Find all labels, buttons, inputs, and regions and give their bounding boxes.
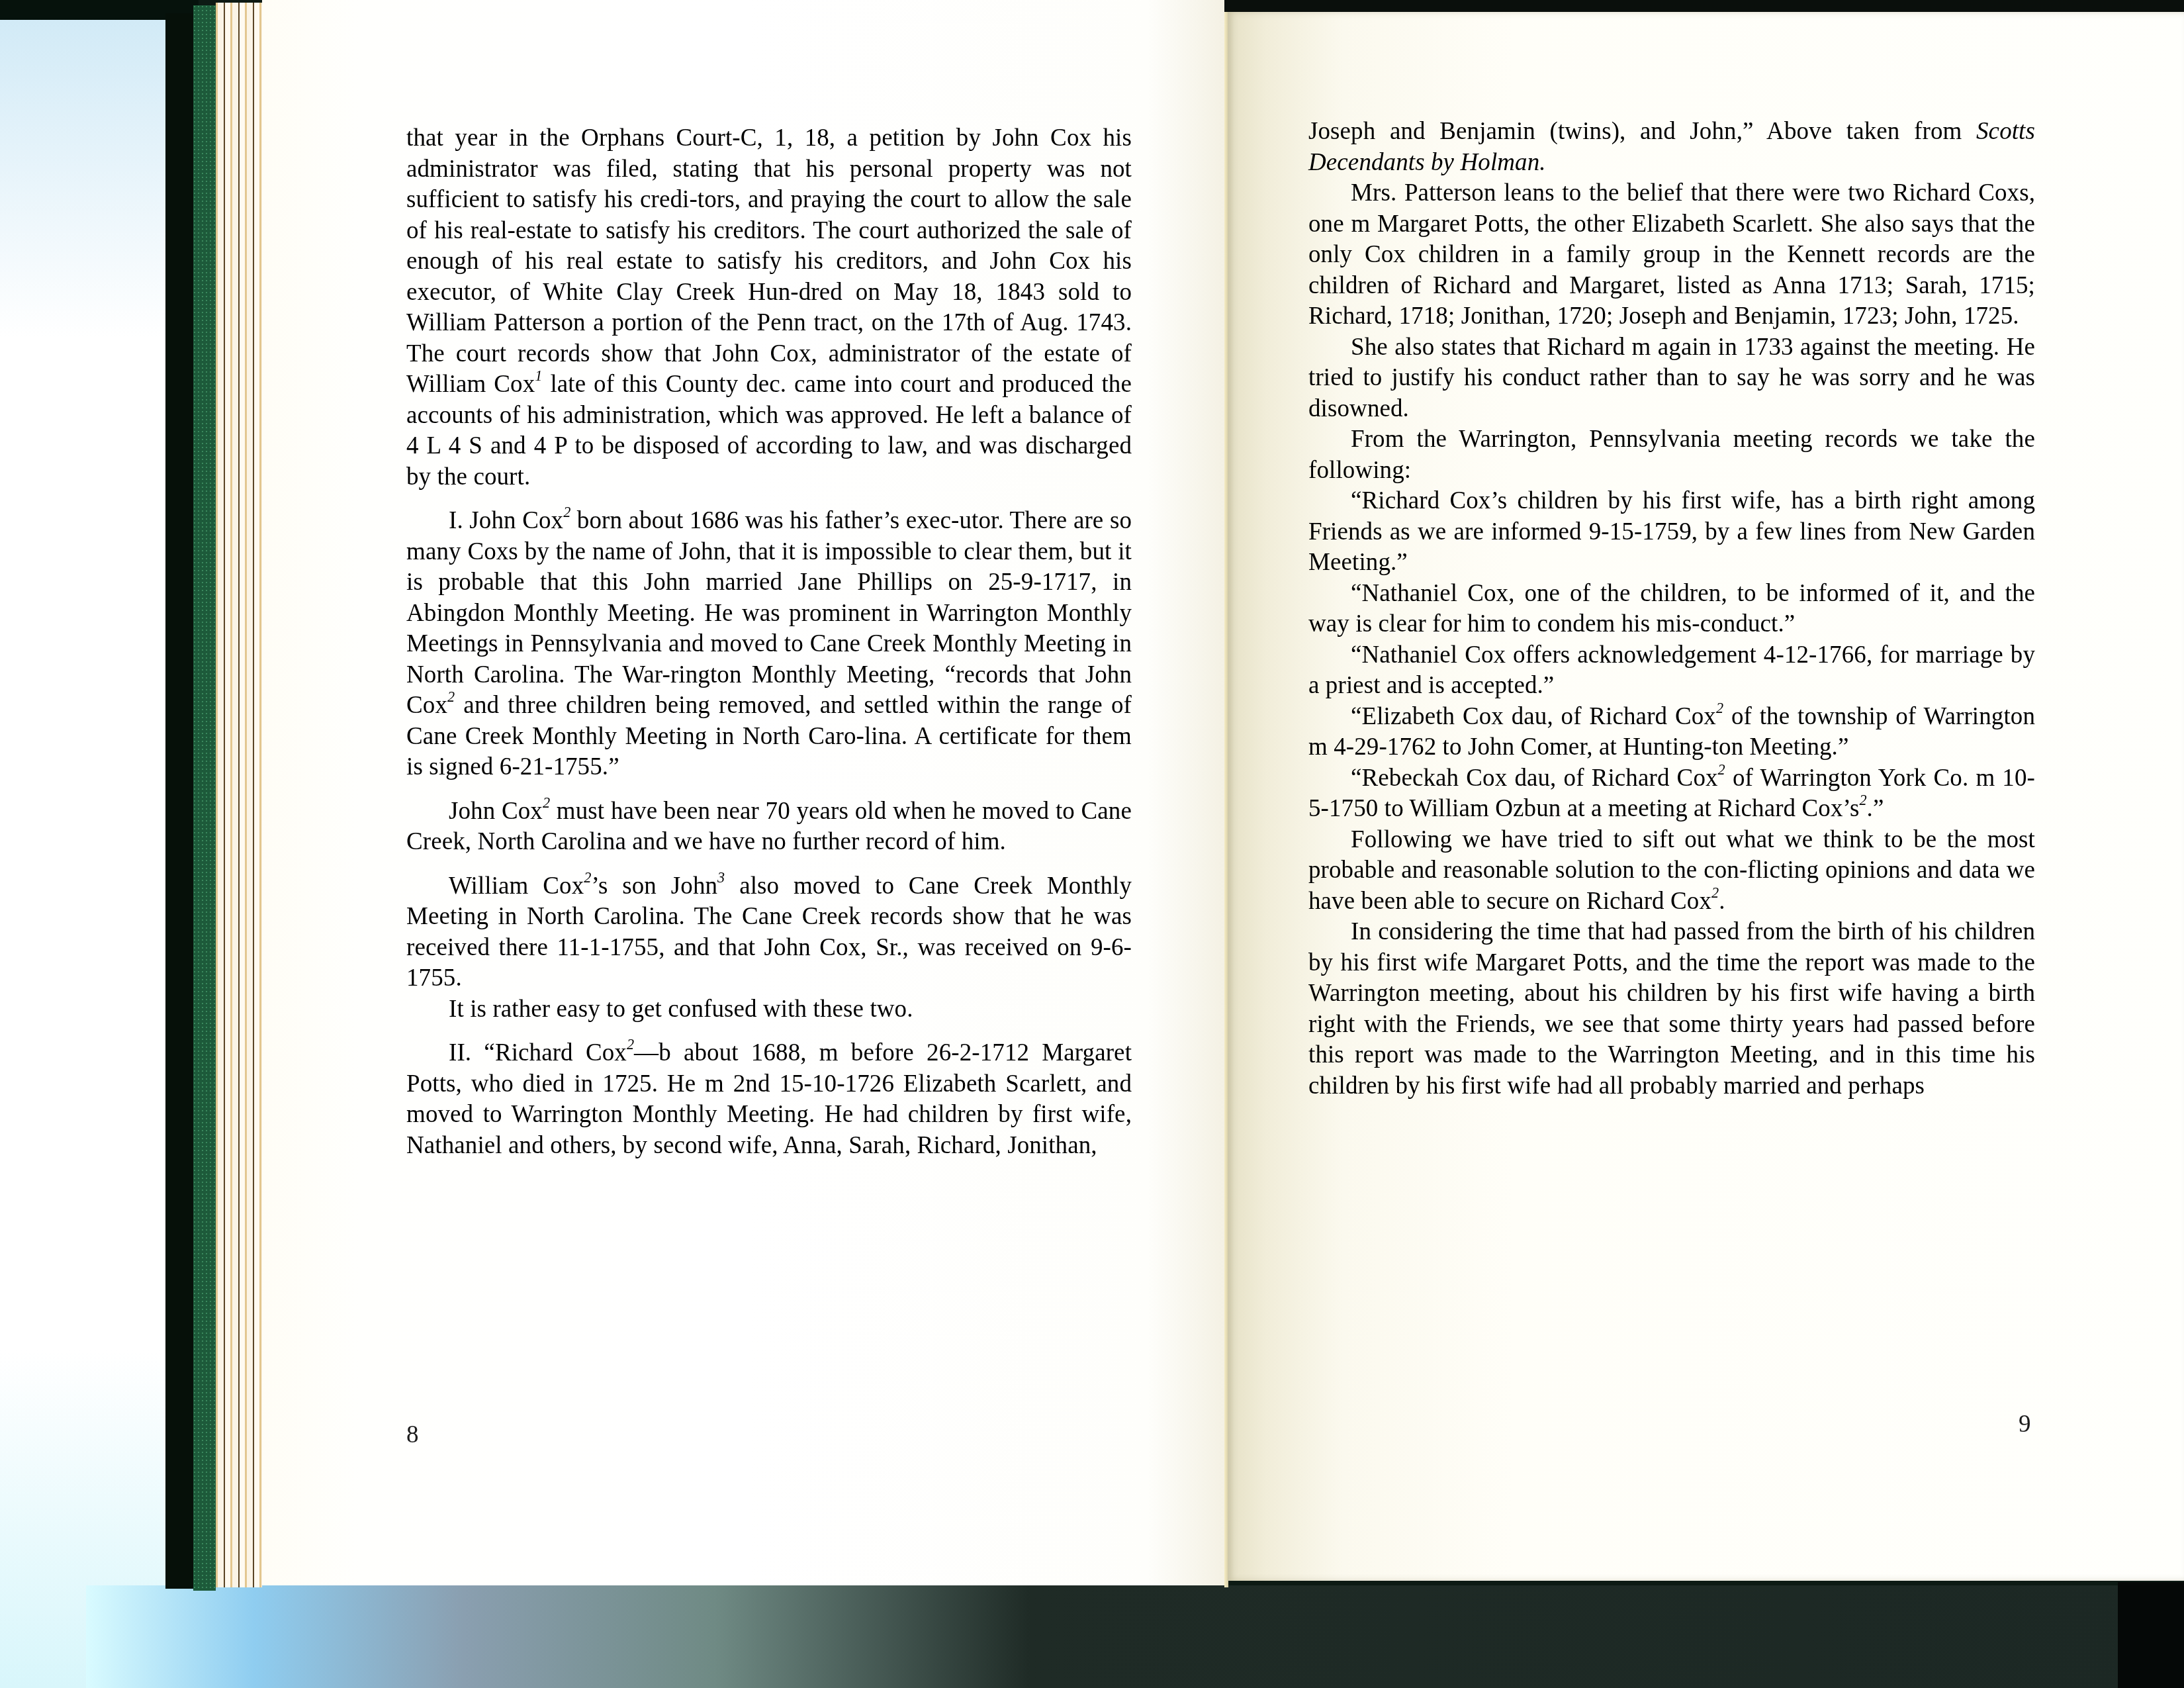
paragraph: It is rather easy to get confused with t… [406, 994, 1132, 1025]
left-page-text: that year in the Orphans Court-C, 1, 18,… [406, 123, 1132, 1161]
paragraph: II. “Richard Cox2—b about 1688, m before… [406, 1038, 1132, 1161]
generation-superscript: 2 [447, 688, 455, 705]
book-cover-edge [165, 13, 195, 1589]
scanner-backdrop-top-band [1218, 0, 2184, 13]
scanner-backdrop-left [0, 0, 165, 1688]
paragraph: Following we have tried to sift out what… [1308, 825, 2035, 917]
paragraph: “Nathaniel Cox, one of the children, to … [1308, 579, 2035, 640]
paragraph: From the Warrington, Pennsylvania meetin… [1308, 424, 2035, 486]
paragraph: John Cox2 must have been near 70 years o… [406, 796, 1132, 858]
paragraph: William Cox2’s son John3 also moved to C… [406, 871, 1132, 994]
generation-superscript: 3 [717, 869, 725, 886]
generation-superscript: 2 [563, 504, 570, 520]
paragraph: that year in the Orphans Court-C, 1, 18,… [406, 123, 1132, 492]
paragraph: Mrs. Patterson leans to the belief that … [1308, 178, 2035, 332]
paragraph: Joseph and Benjamin (twins), and John,” … [1308, 117, 2035, 178]
page-number-right: 9 [2019, 1410, 2031, 1438]
generation-superscript: 2 [543, 794, 550, 811]
book-cloth-binding [193, 5, 216, 1591]
generation-superscript: 2 [1859, 792, 1866, 808]
paragraph: “Elizabeth Cox dau, of Richard Cox2 of t… [1308, 702, 2035, 763]
generation-superscript: 2 [584, 869, 591, 886]
paragraph: “Richard Cox’s children by his first wif… [1308, 486, 2035, 579]
paragraph: In considering the time that had passed … [1308, 917, 2035, 1102]
scanner-backdrop-corner [2118, 1582, 2184, 1688]
scanner-backdrop-bottom [86, 1585, 2184, 1688]
paragraph: I. John Cox2 born about 1686 was his fat… [406, 506, 1132, 783]
generation-superscript: 2 [627, 1036, 634, 1053]
book-title-citation: Scotts Decendants by Holman. [1308, 118, 2035, 176]
page-number-left: 8 [406, 1421, 419, 1449]
paragraph: “Rebeckah Cox dau, of Richard Cox2 of Wa… [1308, 763, 2035, 825]
paragraph: She also states that Richard m again in … [1308, 332, 2035, 425]
page-edges-stack [216, 3, 262, 1587]
paragraph: “Nathaniel Cox offers acknowledgement 4-… [1308, 640, 2035, 702]
generation-superscript: 2 [1711, 884, 1719, 901]
generation-superscript: 2 [1718, 761, 1725, 778]
right-page-text: Joseph and Benjamin (twins), and John,” … [1308, 117, 2035, 1102]
generation-superscript: 1 [535, 367, 542, 384]
generation-superscript: 2 [1716, 700, 1723, 716]
